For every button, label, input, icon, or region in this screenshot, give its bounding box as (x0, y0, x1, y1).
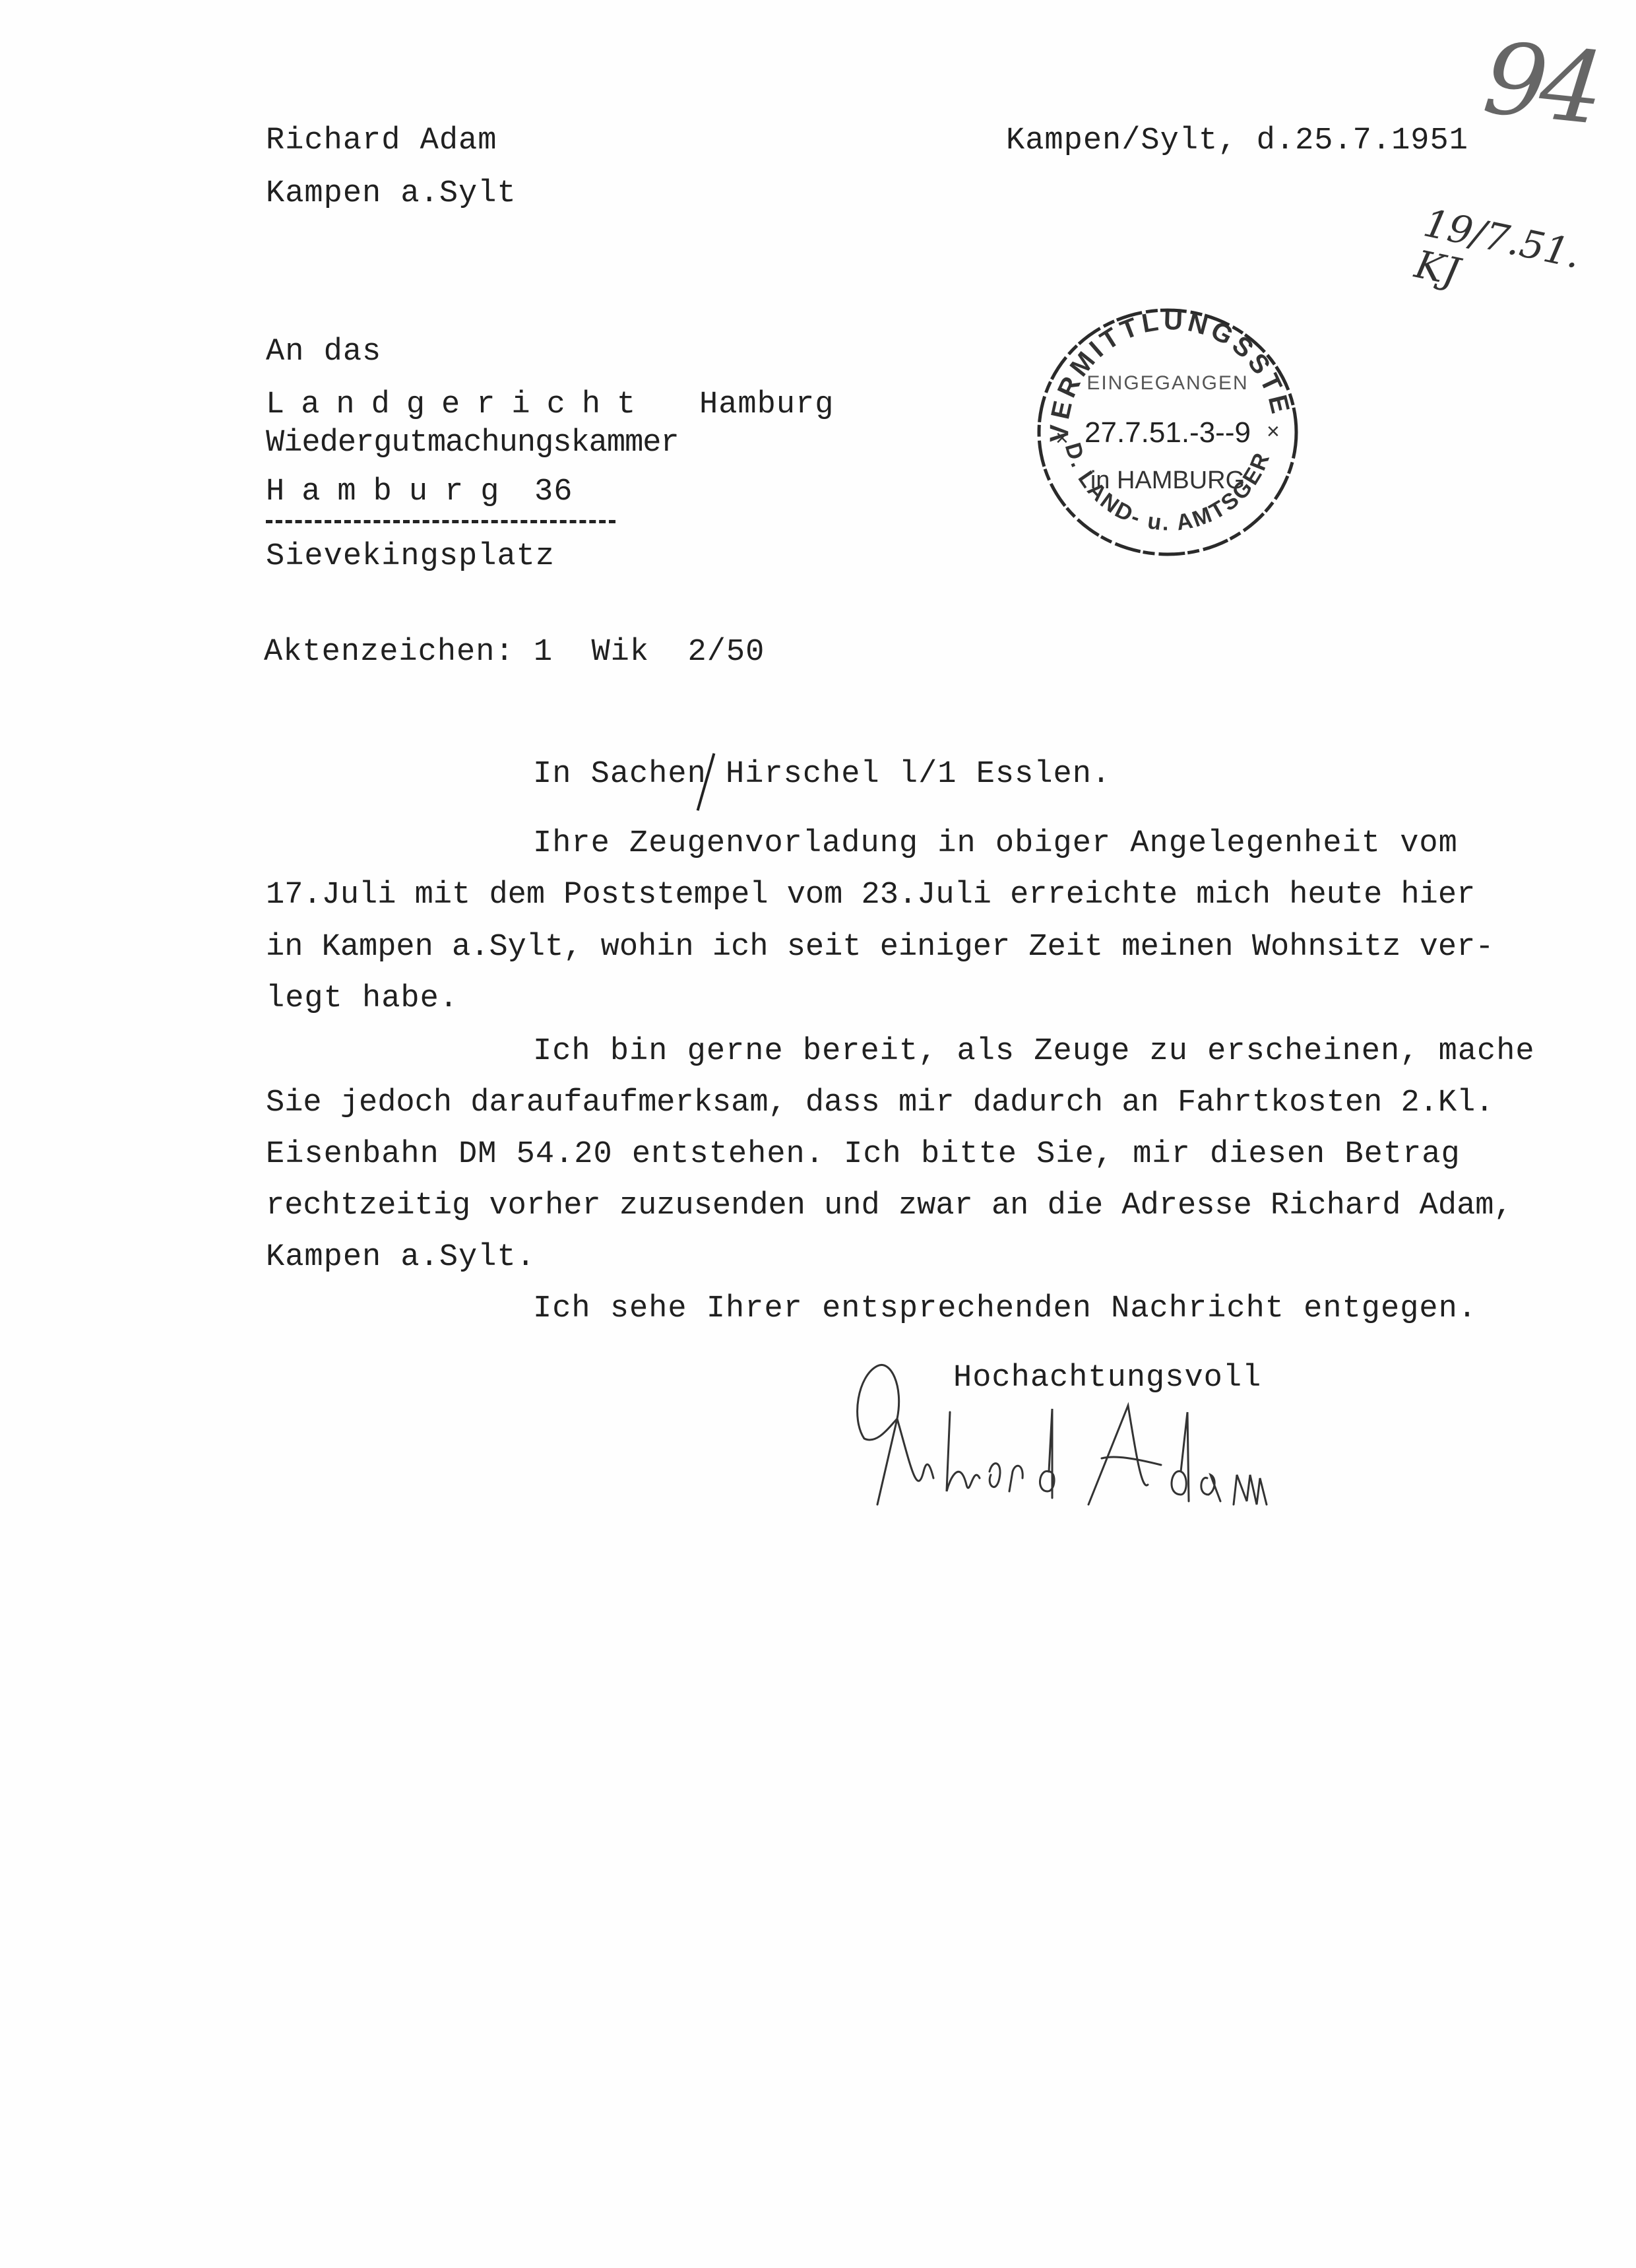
body-line: Ich sehe Ihrer entsprechenden Nachricht … (533, 1293, 1477, 1324)
recipient-street: Sievekingsplatz (266, 541, 555, 572)
body-line: Eisenbahn DM 54.20 entstehen. Ich bitte … (266, 1139, 1461, 1170)
recipient-city: Hamburg (266, 476, 516, 507)
recipient-court-city: Hamburg (699, 389, 834, 420)
recipient-postal-district: 36 (534, 476, 573, 507)
file-reference: Aktenzeichen: 1 Wik 2/50 (264, 637, 765, 668)
body-line: Ich bin gerne bereit, als Zeuge zu ersch… (533, 1036, 1535, 1067)
sender-location: Kampen a.Sylt (266, 178, 517, 209)
body-line: legt habe. (266, 983, 458, 1014)
recipient-court: Landgericht (266, 389, 652, 420)
place-date: Kampen/Sylt, d.25.7.1951 (1006, 125, 1468, 156)
stamp-star-right-icon: × (1267, 419, 1280, 444)
body-line: in Kampen a.Sylt, wohin ich seit einiger… (266, 932, 1494, 963)
recipient-chamber: Wiedergutmachungskammer (266, 428, 679, 459)
subject-line: In Sachen Hirschel l/1 Esslen. (533, 759, 1111, 790)
address-underline (266, 520, 615, 523)
folio-number: 94 (1478, 21, 1602, 147)
stamp-place: in HAMBURG (1090, 467, 1245, 494)
stamp-label: EINGEGANGEN (1086, 372, 1248, 394)
handwritten-signature (851, 1346, 1326, 1518)
stamp-date: 27.7.51.-3--9 (1085, 416, 1251, 449)
body-line: Ihre Zeugenvorladung in obiger Angelegen… (533, 828, 1458, 859)
letter-page: 94 19/7.51. KJ Richard Adam Kampen a.Syl… (0, 0, 1636, 2268)
received-stamp: VERMITTLUNGSSTELLE D. LAND- u. AMTSGERIC… (1029, 290, 1306, 567)
body-line: Sie jedoch daraufaufmerksam, dass mir da… (266, 1087, 1494, 1118)
stamp-star-left-icon: × (1055, 426, 1069, 451)
body-line: rechtzeitig vorher zuzusenden und zwar a… (266, 1190, 1513, 1221)
recipient-salutation: An das (266, 337, 381, 368)
body-line: Kampen a.Sylt. (266, 1242, 536, 1273)
sender-name: Richard Adam (266, 125, 497, 156)
body-line: 17.Juli mit dem Poststempel vom 23.Juli … (266, 880, 1475, 911)
marginal-note: 19/7.51. KJ (1411, 202, 1584, 317)
